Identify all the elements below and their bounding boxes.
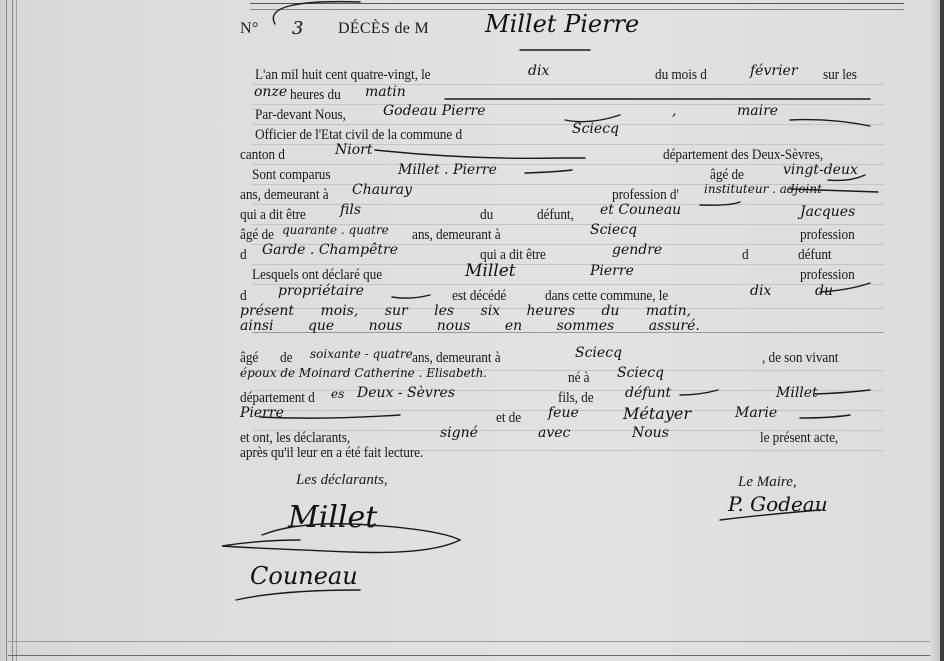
pen-strokes	[0, 0, 944, 661]
register-page: N° 3 DÉCÈS de M Millet Pierre L'an mil h…	[0, 0, 944, 661]
